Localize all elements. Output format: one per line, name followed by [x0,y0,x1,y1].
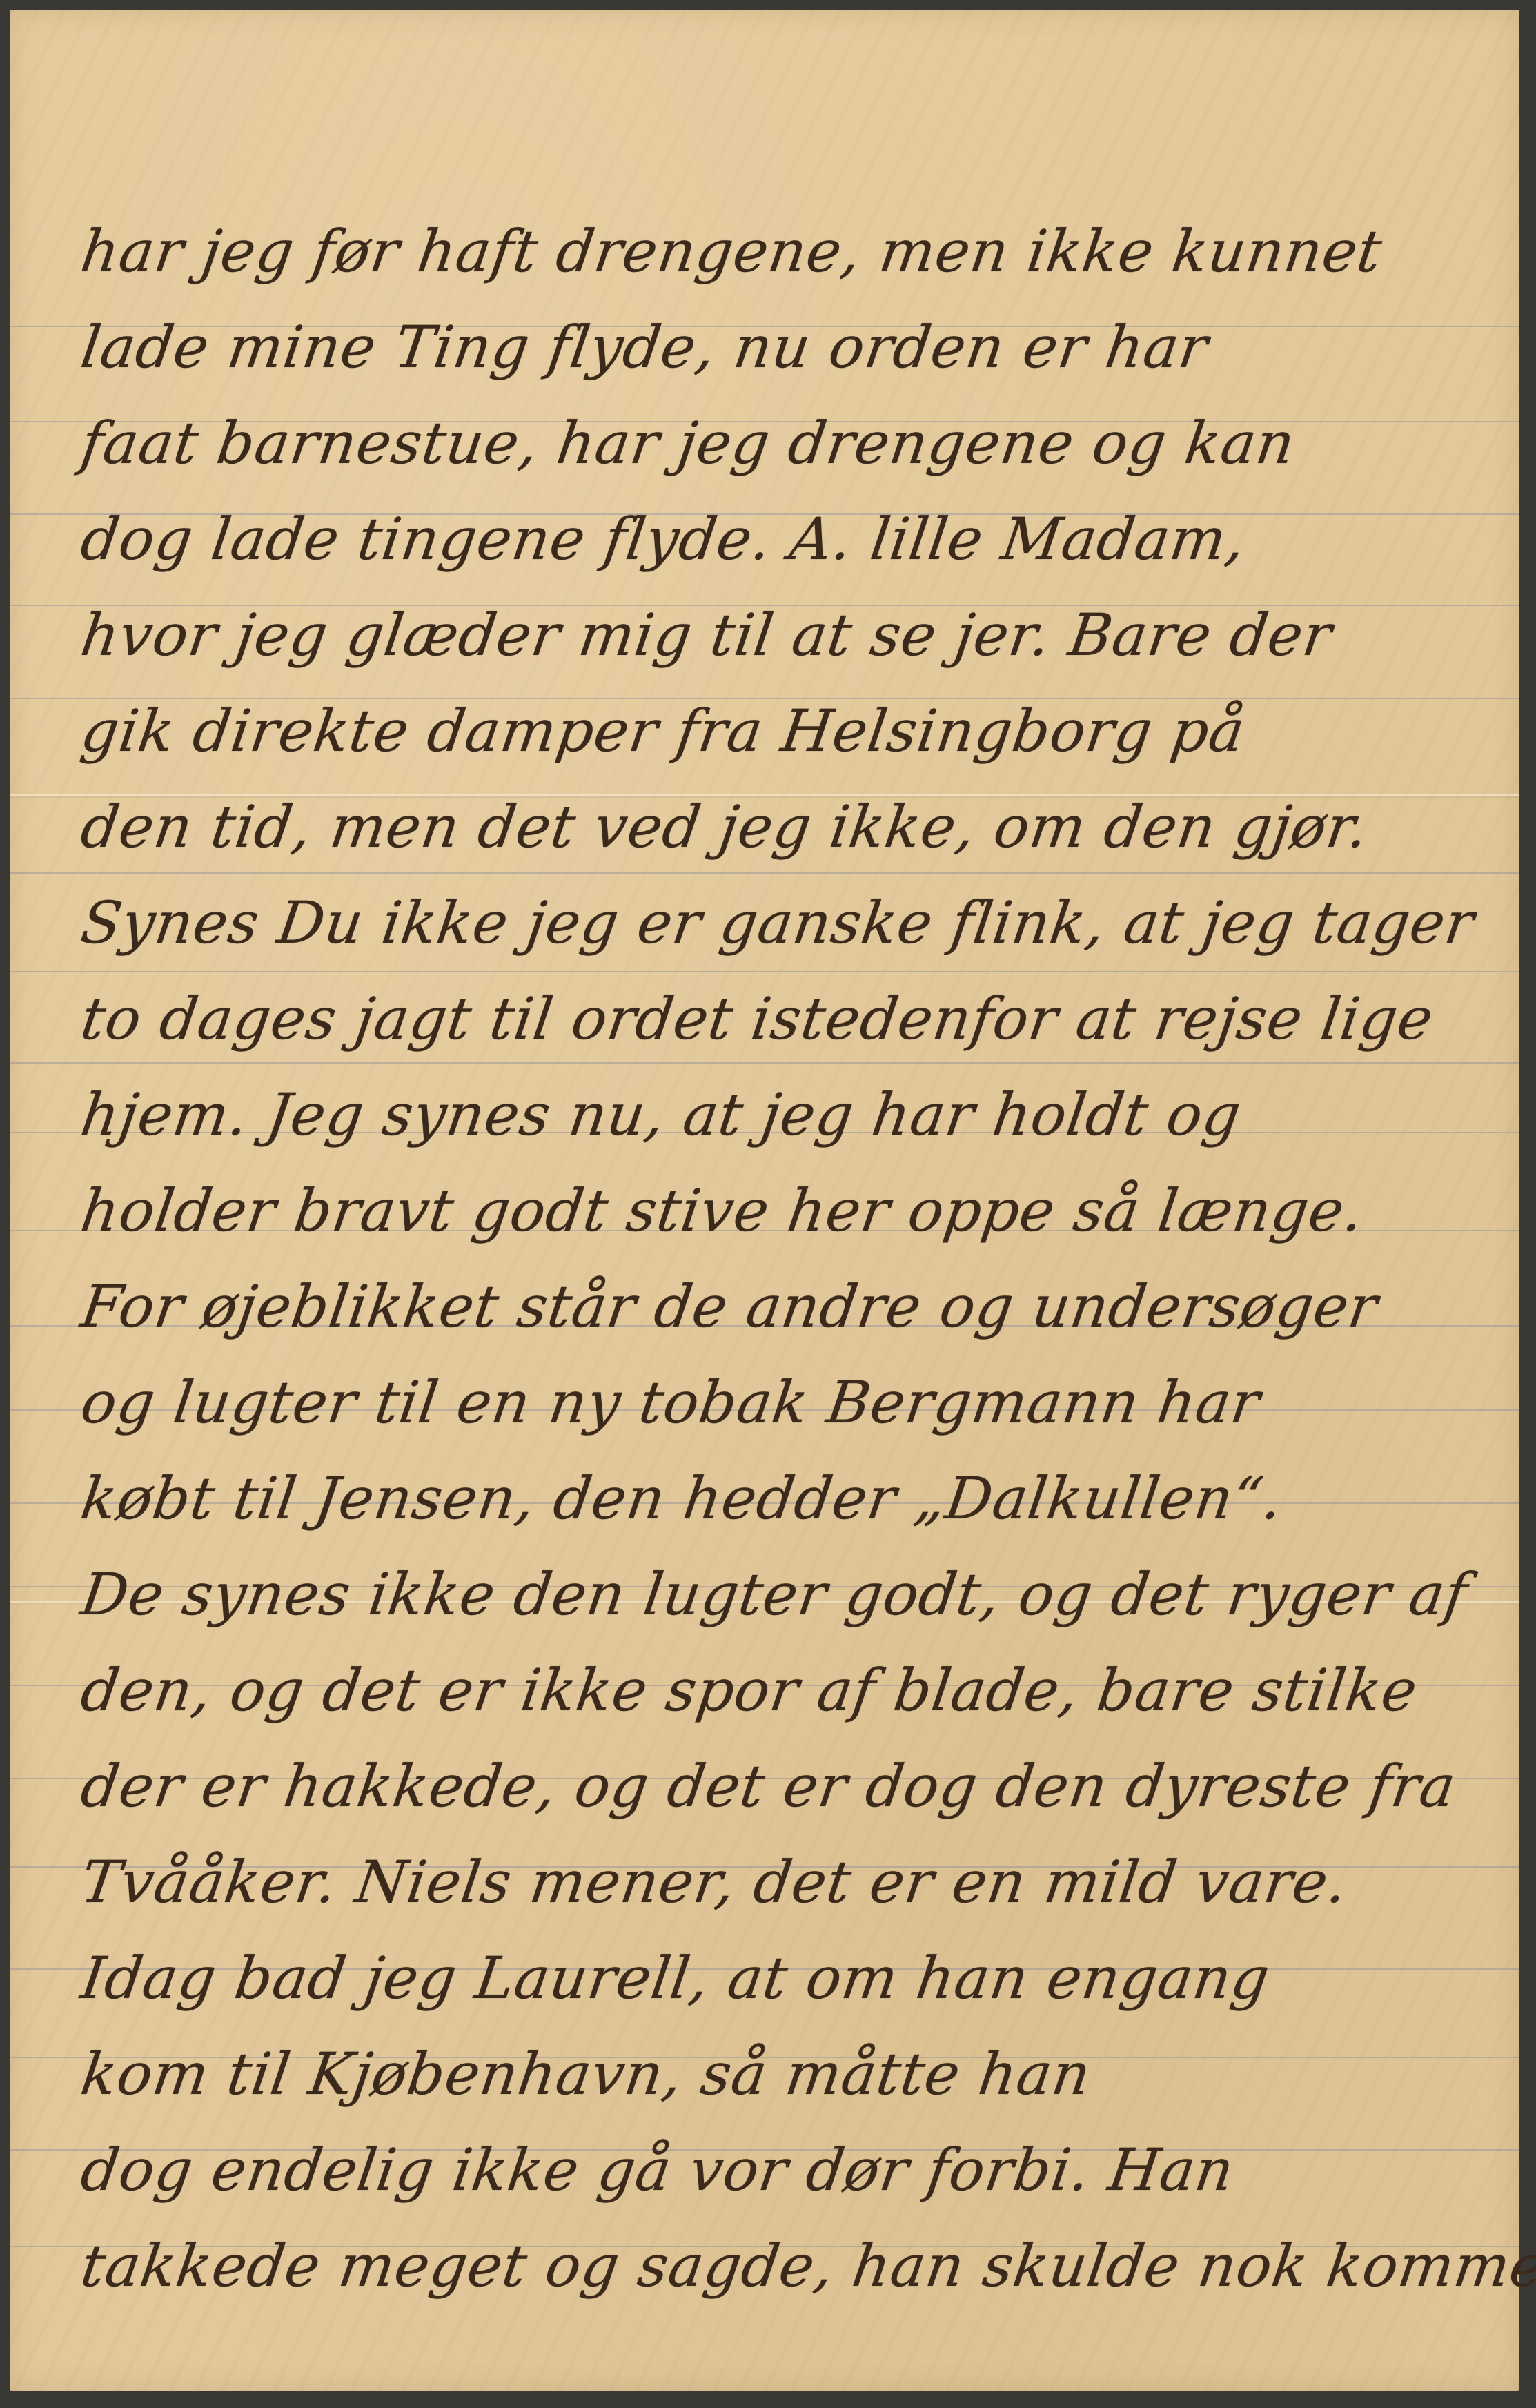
text-line: gik direkte damper fra Helsingborg på [73,696,1508,792]
text-line: to dages jagt til ordet istedenfor at re… [73,984,1508,1080]
text-line: For øjeblikket står de andre og undersøg… [73,1272,1508,1368]
text-line: har jeg før haft drengene, men ikke kunn… [73,217,1508,313]
text-line: kom til Kjøbenhavn, så måtte han [73,2039,1508,2135]
text-line: den tid, men det ved jeg ikke, om den gj… [73,792,1508,888]
letter-page: har jeg før haft drengene, men ikke kunn… [10,10,1519,2391]
text-line: hvor jeg glæder mig til at se jer. Bare … [73,600,1508,696]
text-line: der er hakkede, og det er dog den dyrest… [73,1752,1508,1848]
text-line: dog endelig ikke gå vor dør forbi. Han [73,2135,1508,2231]
text-line: den, og det er ikke spor af blade, bare … [73,1656,1508,1752]
text-line: købt til Jensen, den hedder „Dalkullen“. [73,1464,1508,1560]
handwritten-text: har jeg før haft drengene, men ikke kunn… [73,217,1495,2327]
text-line: og lugter til en ny tobak Bergmann har [73,1368,1508,1464]
text-line: takkede meget og sagde, han skulde nok k… [73,2231,1508,2327]
text-line: De synes ikke den lugter godt, og det ry… [73,1560,1508,1656]
text-line: Synes Du ikke jeg er ganske flink, at je… [73,888,1508,984]
text-line: dog lade tingene flyde. A. lille Madam, [73,505,1508,600]
text-line: holder bravt godt stive her oppe så læng… [73,1176,1508,1272]
text-line: faat barnestue, har jeg drengene og kan [73,409,1508,505]
text-line: lade mine Ting flyde, nu orden er har [73,313,1508,409]
text-line: Idag bad jeg Laurell, at om han engang [73,1944,1508,2039]
text-line: Tvååker. Niels mener, det er en mild var… [73,1848,1508,1944]
text-line: hjem. Jeg synes nu, at jeg har holdt og [73,1080,1508,1176]
